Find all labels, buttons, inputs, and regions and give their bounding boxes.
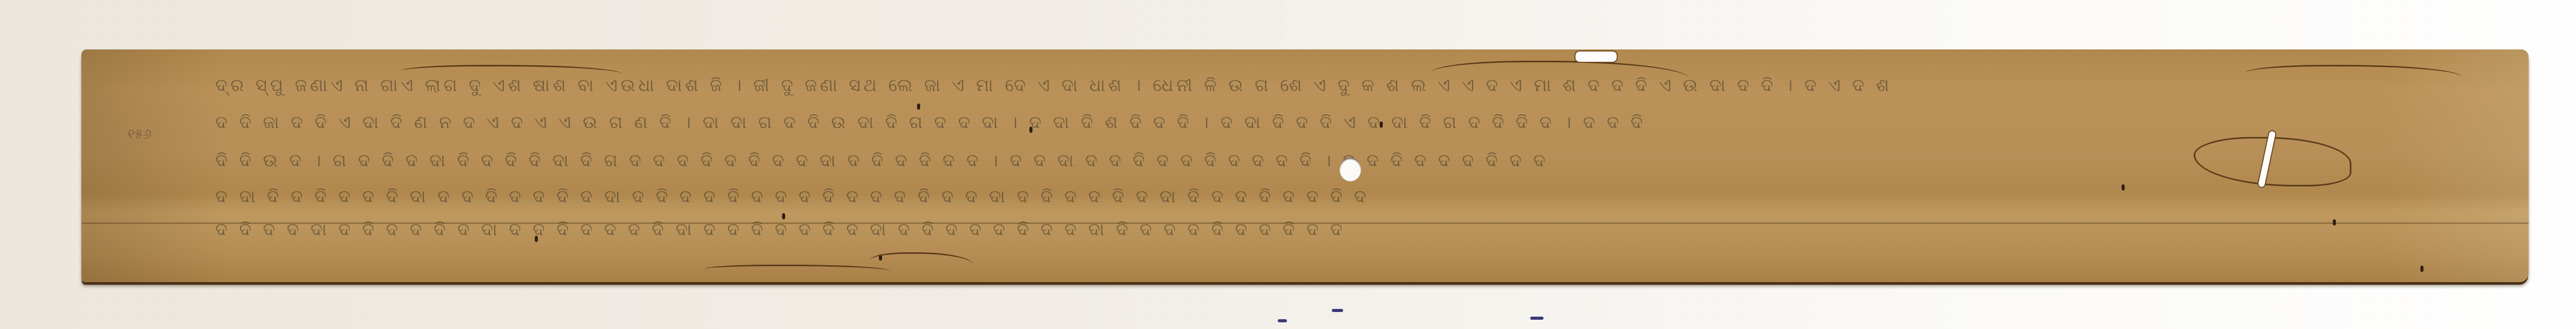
ink-mark — [1332, 309, 1343, 312]
text-line-4: ଦ ଦା ଦି ଦ ଦି ଦ ଦ ଦି ଦା ଦ ଦ ଦି ଦ ଦ ଦି ଦ ଦ… — [215, 184, 2441, 209]
folio-number: ୧୫୬ — [128, 127, 151, 143]
wormhole — [917, 103, 920, 110]
ink-mark — [1278, 319, 1287, 322]
text-line-3: ଦି ଦି ଉ ଦ । ଗ ଦ ଦି ଦ ଦା ଦି ଦ ଦି ଦି ଦା ଦି… — [215, 148, 2441, 173]
wormhole — [2420, 266, 2424, 272]
wormhole — [2122, 184, 2125, 191]
top-tear — [1575, 51, 1617, 62]
edge-damage — [705, 265, 890, 276]
wormhole — [2333, 219, 2336, 226]
ink-mark — [1530, 317, 1544, 320]
wormhole — [535, 236, 538, 242]
wormhole — [1380, 122, 1383, 128]
string-hole — [1340, 158, 1361, 181]
text-line-2: ଦ ଦି ଜା ଦ ଦି ଏ ଦା ଦି ଣ ନ ଦ ଏ ଦ ଏ ଏ ଉ ଗ ଣ… — [215, 110, 2441, 135]
wormhole — [782, 213, 785, 219]
text-line-5: ଦ ଦି ଦ ଦ ଦା ଦ ଦି ଦ ଦ ଦି ଦ ଦା ଦ ଦ ଦି ଦ ଦ … — [215, 217, 2441, 242]
palm-leaf-folio: ୧୫୬ ଦ୍ର ସ୍ପୁ ଜଣାଏ ନା ଗାଏ ଲାଗ ଦୁ ଏଶ ଷାଶ ବ… — [81, 49, 2529, 282]
wormhole — [1029, 127, 1032, 133]
